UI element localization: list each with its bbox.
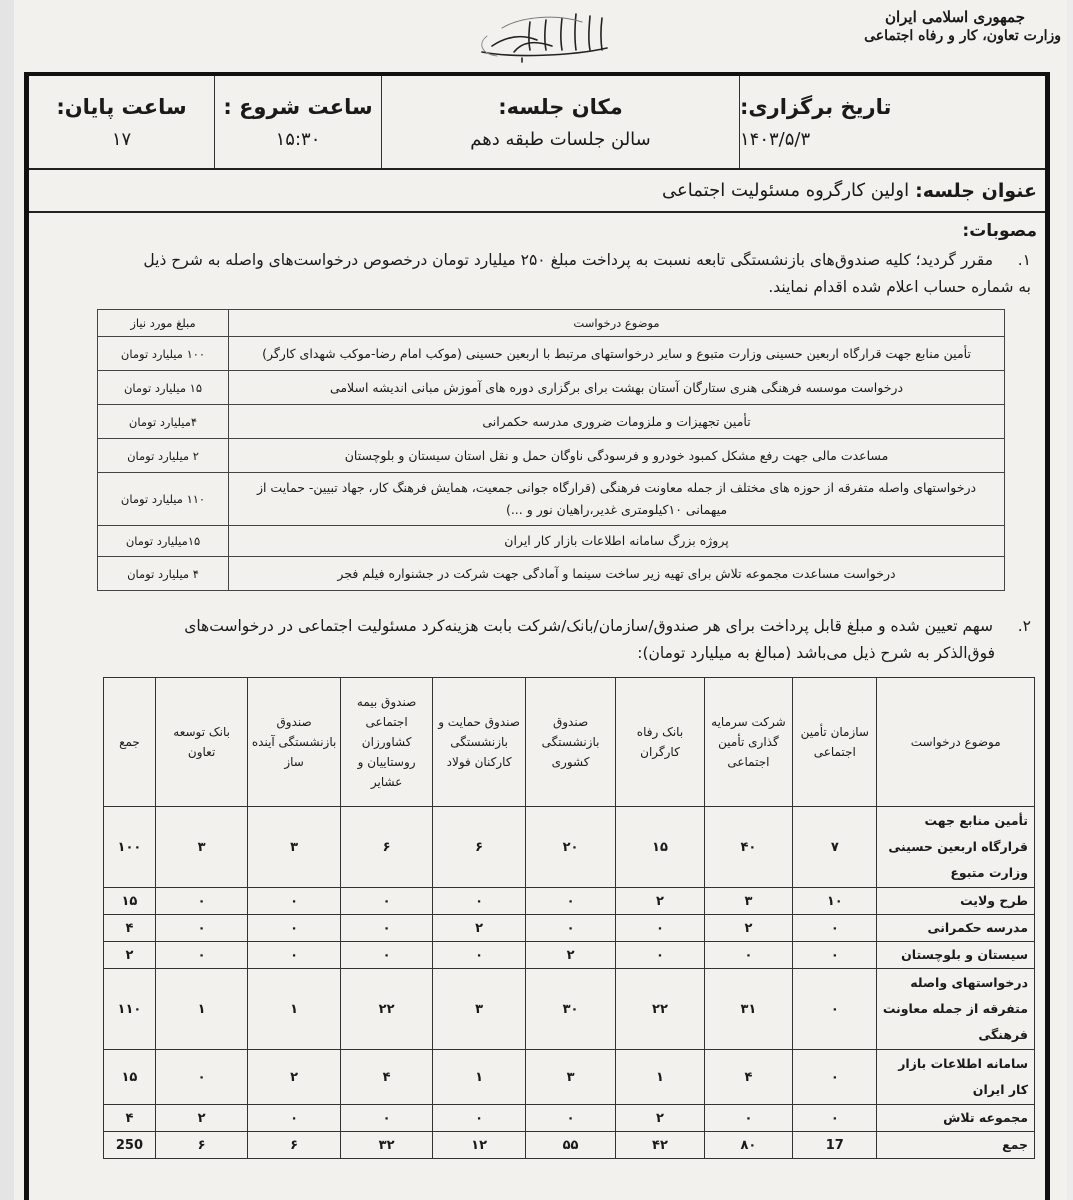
resolution-text: سهم تعیین شده و مبلغ قابل پرداخت برای هر… — [184, 617, 993, 635]
page-edge — [1067, 0, 1073, 1200]
meeting-place-value: سالن جلسات طبقه دهم — [382, 129, 739, 150]
cell-value: ۳ — [704, 888, 792, 915]
column-header: صندوق حمایت و بازنشستگی کارکنان فولاد — [433, 678, 525, 807]
totals-row: جمع 17 ۸۰ ۴۲ ۵۵ ۱۲ ۳۲ ۶ ۶ 250 — [104, 1132, 1035, 1159]
column-header: بانک رفاه کارگران — [616, 678, 704, 807]
cell-value: ۰ — [793, 969, 877, 1050]
letterhead-ministry: وزارت تعاون، کار و رفاه اجتماعی — [864, 27, 1061, 46]
table-row: درخواست موسسه فرهنگی هنری ستارگان آستان … — [98, 371, 1005, 405]
cell-value: ۲ — [155, 1105, 247, 1132]
resolution-text-cont: به شماره حساب اعلام شده اقدام نمایند. — [39, 274, 1031, 301]
meeting-start-value: ۱۵:۳۰ — [215, 129, 381, 150]
cell-value: ۰ — [248, 1105, 340, 1132]
resolution-1: ۱.مقرر گردید؛ کلیه صندوق‌های بازنشستگی ت… — [39, 247, 1031, 301]
column-header: صندوق بازنشستگی کشوری — [525, 678, 615, 807]
column-total: ۶ — [248, 1132, 340, 1159]
row-total: ۱۱۰ — [104, 969, 156, 1050]
cell-value: ۱ — [248, 969, 340, 1050]
table-row: تأمین منابع جهت قرارگاه اربعین حسینی وزا… — [98, 337, 1005, 371]
meeting-end-label: ساعت پایان: — [29, 95, 214, 119]
column-total: ۵۵ — [525, 1132, 615, 1159]
table-header-row: موضوع درخواست مبلغ مورد نیاز — [98, 310, 1005, 337]
column-header: سازمان تأمین اجتماعی — [793, 678, 877, 807]
row-subject: درخواستهای واصله متفرقه از جمله معاونت ف… — [877, 969, 1035, 1050]
grand-total: 250 — [104, 1132, 156, 1159]
row-total: ۱۵ — [104, 1050, 156, 1105]
cell-value: ۱ — [433, 1050, 525, 1105]
cell-value: ۱۵ — [616, 807, 704, 888]
request-subject: درخواستهای واصله متفرقه از حوزه های مختل… — [229, 473, 1005, 526]
cell-value: ۰ — [704, 1105, 792, 1132]
meeting-title-value: اولین کارگروه مسئولیت اجتماعی — [662, 180, 909, 201]
table-row: مدرسه حکمرانی ۰ ۲ ۰ ۰ ۲ ۰ ۰ ۰ ۴ — [104, 915, 1035, 942]
cell-value: ۲۲ — [616, 969, 704, 1050]
column-header: صندوق بیمه اجتماعی کشاورزان روستاییان و … — [340, 678, 432, 807]
minutes-frame: تاریخ برگزاری: ۱۴۰۳/۵/۳ مکان جلسه: سالن … — [24, 72, 1050, 1200]
cell-value: ۱ — [616, 1050, 704, 1105]
cell-value: ۳۰ — [525, 969, 615, 1050]
bismillah-calligraphy-icon: بسم الله الرحمن الرحیم — [462, 6, 612, 64]
column-total: ۱۲ — [433, 1132, 525, 1159]
document-page: جمهوری اسلامی ایران وزارت تعاون، کار و ر… — [0, 0, 1073, 1200]
cell-value: ۳ — [433, 969, 525, 1050]
cell-value: ۰ — [616, 915, 704, 942]
resolution-text-cont: فوق‌الذکر به شرح ذیل می‌باشد (مبالغ به م… — [39, 640, 1031, 667]
cell-value: ۰ — [248, 888, 340, 915]
cell-value: ۳۱ — [704, 969, 792, 1050]
allocation-table: موضوع درخواست سازمان تأمین اجتماعی شرکت … — [103, 677, 1035, 1159]
cell-value: ۶ — [433, 807, 525, 888]
cell-value: ۷ — [793, 807, 877, 888]
request-subject: پروژه بزرگ سامانه اطلاعات بازار کار ایرا… — [229, 526, 1005, 557]
request-subject: تأمین منابع جهت قرارگاه اربعین حسینی وزا… — [229, 337, 1005, 371]
row-subject: تأمین منابع جهت قرارگاه اربعین حسینی وزا… — [877, 807, 1035, 888]
column-total: ۸۰ — [704, 1132, 792, 1159]
column-header-subject: موضوع درخواست — [229, 310, 1005, 337]
table-row: مجموعه تلاش ۰ ۰ ۲ ۰ ۰ ۰ ۰ ۲ ۴ — [104, 1105, 1035, 1132]
meeting-date-value: ۱۴۰۳/۵/۳ — [740, 129, 858, 150]
cell-value: ۴۰ — [704, 807, 792, 888]
page-edge — [0, 0, 14, 1200]
request-amount: ۴میلیارد تومان — [98, 405, 229, 439]
resolution-text: مقرر گردید؛ کلیه صندوق‌های بازنشستگی تاب… — [143, 251, 993, 269]
requests-table: موضوع درخواست مبلغ مورد نیاز تأمین منابع… — [97, 309, 1005, 591]
cell-value: ۰ — [340, 888, 432, 915]
table-row: پروژه بزرگ سامانه اطلاعات بازار کار ایرا… — [98, 526, 1005, 557]
meeting-end-cell: ساعت پایان: ۱۷ — [29, 76, 214, 168]
meeting-place-cell: مکان جلسه: سالن جلسات طبقه دهم — [381, 76, 739, 168]
request-amount: ۱۵میلیارد تومان — [98, 526, 229, 557]
cell-value: ۲ — [704, 915, 792, 942]
column-header: موضوع درخواست — [877, 678, 1035, 807]
column-total: ۶ — [155, 1132, 247, 1159]
request-amount: ۱۵ میلیارد تومان — [98, 371, 229, 405]
table-row: طرح ولایت ۱۰ ۳ ۲ ۰ ۰ ۰ ۰ ۰ ۱۵ — [104, 888, 1035, 915]
cell-value: ۰ — [525, 1105, 615, 1132]
resolution-2: ۲.سهم تعیین شده و مبلغ قابل پرداخت برای … — [39, 613, 1031, 667]
column-header: جمع — [104, 678, 156, 807]
row-subject: مجموعه تلاش — [877, 1105, 1035, 1132]
cell-value: ۰ — [616, 942, 704, 969]
row-subject: طرح ولایت — [877, 888, 1035, 915]
cell-value: ۲ — [433, 915, 525, 942]
meeting-title-label: عنوان جلسه: — [915, 180, 1037, 202]
table-row: تأمین منابع جهت قرارگاه اربعین حسینی وزا… — [104, 807, 1035, 888]
cell-value: ۰ — [793, 915, 877, 942]
column-header-amount: مبلغ مورد نیاز — [98, 310, 229, 337]
cell-value: ۰ — [340, 1105, 432, 1132]
cell-value: ۰ — [704, 942, 792, 969]
request-subject: درخواست مساعدت مجموعه تلاش برای تهیه زیر… — [229, 557, 1005, 591]
table-row: تأمین تجهیزات و ملزومات ضروری مدرسه حکمر… — [98, 405, 1005, 439]
cell-value: ۲ — [616, 1105, 704, 1132]
table-row: درخواست مساعدت مجموعه تلاش برای تهیه زیر… — [98, 557, 1005, 591]
cell-value: ۰ — [525, 888, 615, 915]
meeting-end-value: ۱۷ — [29, 129, 214, 150]
cell-value: ۰ — [155, 1050, 247, 1105]
cell-value: ۰ — [155, 942, 247, 969]
letterhead-country: جمهوری اسلامی ایران — [864, 8, 1061, 27]
meeting-info-row: تاریخ برگزاری: ۱۴۰۳/۵/۳ مکان جلسه: سالن … — [29, 76, 1045, 170]
cell-value: ۰ — [433, 942, 525, 969]
cell-value: ۲ — [616, 888, 704, 915]
meeting-start-cell: ساعت شروع : ۱۵:۳۰ — [214, 76, 381, 168]
approvals-heading: مصوبات: — [29, 221, 1037, 241]
column-total: ۴۲ — [616, 1132, 704, 1159]
row-total: ۴ — [104, 1105, 156, 1132]
cell-value: ۰ — [793, 1050, 877, 1105]
table-row: سامانه اطلاعات بازار کار ایران ۰ ۴ ۱ ۳ ۱… — [104, 1050, 1035, 1105]
request-amount: ۴ میلیارد تومان — [98, 557, 229, 591]
row-total: ۲ — [104, 942, 156, 969]
meeting-date-cell: تاریخ برگزاری: ۱۴۰۳/۵/۳ — [739, 76, 1045, 168]
meeting-place-label: مکان جلسه: — [382, 95, 739, 119]
cell-value: ۱ — [155, 969, 247, 1050]
cell-value: ۱۰ — [793, 888, 877, 915]
cell-value: ۰ — [793, 1105, 877, 1132]
cell-value: ۲ — [525, 942, 615, 969]
request-subject: درخواست موسسه فرهنگی هنری ستارگان آستان … — [229, 371, 1005, 405]
row-subject: مدرسه حکمرانی — [877, 915, 1035, 942]
resolution-number: ۲. — [993, 613, 1031, 640]
cell-value: ۲۰ — [525, 807, 615, 888]
letterhead: جمهوری اسلامی ایران وزارت تعاون، کار و ر… — [864, 8, 1061, 46]
column-header: شرکت سرمایه گذاری تأمین اجتماعی — [704, 678, 792, 807]
cell-value: ۳ — [248, 807, 340, 888]
table-row: سیستان و بلوچستان ۰ ۰ ۰ ۲ ۰ ۰ ۰ ۰ ۲ — [104, 942, 1035, 969]
column-total: ۳۲ — [340, 1132, 432, 1159]
meeting-date-label: تاریخ برگزاری: — [740, 95, 891, 119]
column-header: صندوق بازنشستگی آینده ساز — [248, 678, 340, 807]
row-subject: سیستان و بلوچستان — [877, 942, 1035, 969]
table-header-row: موضوع درخواست سازمان تأمین اجتماعی شرکت … — [104, 678, 1035, 807]
cell-value: ۳ — [155, 807, 247, 888]
row-total: ۱۰۰ — [104, 807, 156, 888]
resolution-number: ۱. — [993, 247, 1031, 274]
column-total: 17 — [793, 1132, 877, 1159]
cell-value: ۰ — [433, 888, 525, 915]
request-subject: مساعدت مالی جهت رفع مشکل کمبود خودرو و ف… — [229, 439, 1005, 473]
meeting-title-row: عنوان جلسه: اولین کارگروه مسئولیت اجتماع… — [29, 170, 1045, 213]
request-amount: ۱۰۰ میلیارد تومان — [98, 337, 229, 371]
meeting-start-label: ساعت شروع : — [215, 95, 381, 119]
cell-value: ۰ — [155, 888, 247, 915]
cell-value: ۳ — [525, 1050, 615, 1105]
row-total: ۱۵ — [104, 888, 156, 915]
row-total: ۴ — [104, 915, 156, 942]
cell-value: ۲ — [248, 1050, 340, 1105]
cell-value: ۴ — [704, 1050, 792, 1105]
request-amount: ۲ میلیارد تومان — [98, 439, 229, 473]
cell-value: ۴ — [340, 1050, 432, 1105]
cell-value: ۰ — [340, 915, 432, 942]
request-subject: تأمین تجهیزات و ملزومات ضروری مدرسه حکمر… — [229, 405, 1005, 439]
table-row: درخواستهای واصله متفرقه از جمله معاونت ف… — [104, 969, 1035, 1050]
cell-value: ۶ — [340, 807, 432, 888]
column-header: بانک توسعه تعاون — [155, 678, 247, 807]
request-amount: ۱۱۰ میلیارد تومان — [98, 473, 229, 526]
cell-value: ۰ — [248, 915, 340, 942]
row-subject: سامانه اطلاعات بازار کار ایران — [877, 1050, 1035, 1105]
table-row: مساعدت مالی جهت رفع مشکل کمبود خودرو و ف… — [98, 439, 1005, 473]
cell-value: ۰ — [525, 915, 615, 942]
cell-value: ۰ — [155, 915, 247, 942]
cell-value: ۰ — [340, 942, 432, 969]
table-row: درخواستهای واصله متفرقه از حوزه های مختل… — [98, 473, 1005, 526]
cell-value: ۰ — [433, 1105, 525, 1132]
cell-value: ۲۲ — [340, 969, 432, 1050]
cell-value: ۰ — [793, 942, 877, 969]
totals-label: جمع — [877, 1132, 1035, 1159]
cell-value: ۰ — [248, 942, 340, 969]
